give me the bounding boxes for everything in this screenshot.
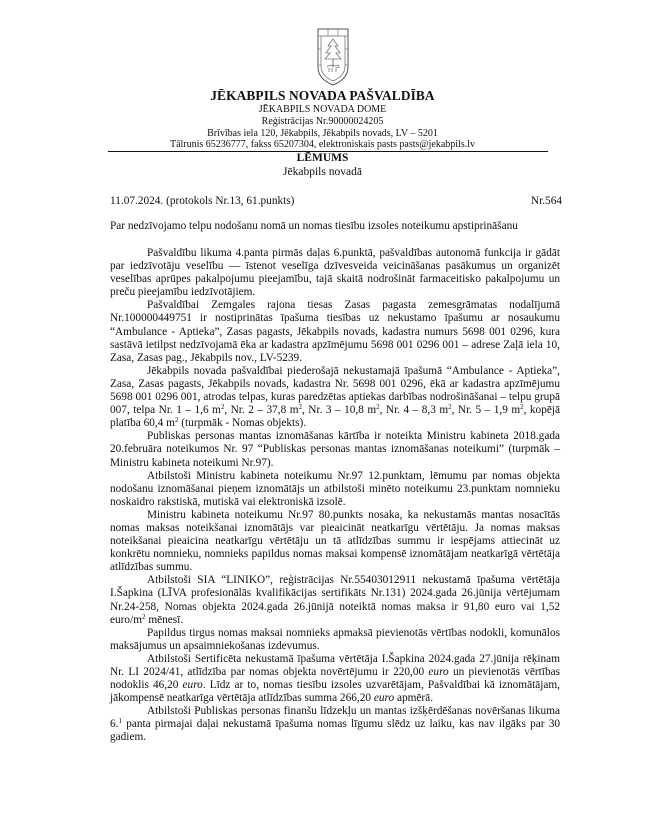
decision-number: Nr.564 <box>531 195 562 207</box>
organization-name: JĒKABPILS NOVADA PAŠVALDĪBA <box>0 88 645 104</box>
date-protocol: 11.07.2024. (protokols Nr.13, 61.punkts) <box>110 195 294 207</box>
text-run: , Nr. 3 – 10,8 m <box>302 404 376 416</box>
text-run: , Nr. 5 – 1,9 m <box>452 404 520 416</box>
registration-number: Reģistrācijas Nr.90000024205 <box>0 116 645 127</box>
currency-italic: euro <box>428 666 448 678</box>
paragraph: Atbilstoši Ministru kabineta noteikumu N… <box>110 470 560 509</box>
text-run: apmērā. <box>394 692 433 704</box>
document-type: LĒMUMS <box>0 152 645 164</box>
decision-subject: Par nedzīvojamo telpu nodošanu nomā un n… <box>110 220 518 232</box>
date-line: 11.07.2024. (protokols Nr.13, 61.punkts)… <box>110 195 562 207</box>
text-run: , Nr. 4 – 8,3 m <box>380 404 448 416</box>
currency-italic: euro <box>183 679 203 691</box>
text-run: , Nr. 2 – 37,8 m <box>224 404 298 416</box>
coat-of-arms-icon <box>317 27 349 87</box>
paragraph: Atbilstoši SIA “LINIKO”, reģistrācijas N… <box>110 574 560 626</box>
text-run: (turpmāk - Nomas objekts). <box>178 417 306 429</box>
contacts: Tālrunis 65236777, fakss 65207304, elekt… <box>0 139 645 150</box>
place: Jēkabpils novadā <box>0 166 645 178</box>
paragraph: Papildus tirgus nomas maksai nomnieks ap… <box>110 627 560 653</box>
council-name: JĒKABPILS NOVADA DOME <box>0 104 645 115</box>
paragraph: Publiskas personas mantas iznomāšanas kā… <box>110 430 560 469</box>
paragraph: Pašvaldību likuma 4.panta pirmās daļas 6… <box>110 247 560 299</box>
text-run: panta pirmajai daļai nekustamā īpašuma n… <box>110 718 560 743</box>
paragraph: Pašvaldībai Zemgales rajona tiesas Zasas… <box>110 299 560 364</box>
paragraph: Atbilstoši Sertificēta nekustamā īpašuma… <box>110 653 560 705</box>
paragraph: Atbilstoši Publiskas personas finanšu lī… <box>110 705 560 744</box>
address: Brīvības iela 120, Jēkabpils, Jēkabpils … <box>0 128 645 139</box>
decision-body: Pašvaldību likuma 4.panta pirmās daļas 6… <box>110 247 560 745</box>
paragraph: Jēkabpils novada pašvaldībai piederošajā… <box>110 365 560 430</box>
currency-italic: euro <box>374 692 394 704</box>
paragraph: Ministru kabineta noteikumu Nr.97 80.pun… <box>110 509 560 574</box>
text-run: mēnesī. <box>146 614 184 626</box>
document-page: JĒKABPILS NOVADA PAŠVALDĪBA JĒKABPILS NO… <box>0 0 645 833</box>
